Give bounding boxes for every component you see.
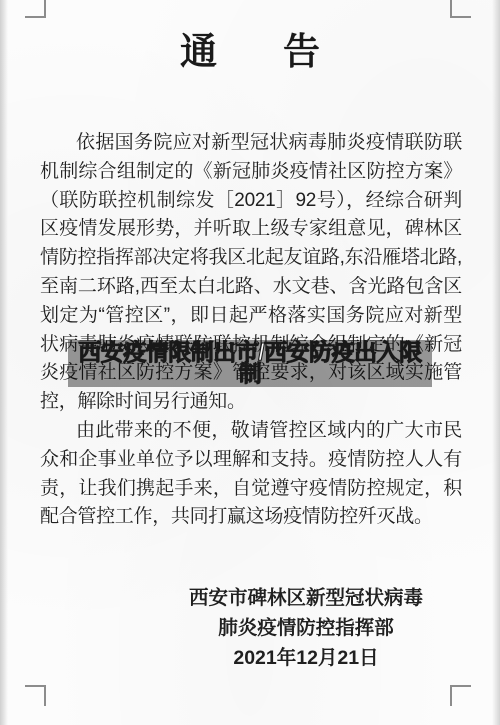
body-line: 控，解除时间另行通知。 bbox=[40, 388, 462, 417]
body-line: 依据国务院应对新型冠状病毒肺炎疫情联防联控 bbox=[40, 129, 462, 158]
crop-mark-bottom-left bbox=[25, 685, 46, 706]
body-line: 划定为“管控区”，即日起严格落实国务院应对新型冠 bbox=[40, 302, 462, 331]
watermark-line-2: 制 bbox=[68, 363, 432, 384]
signature-block: 西安市碑林区新型冠状病毒 肺炎疫情防控指挥部 2021年12月21日 bbox=[150, 583, 462, 673]
signature-org-line-2: 肺炎疫情防控指挥部 bbox=[150, 613, 462, 643]
body-line: 众和企事业单位予以理解和支持。疫情防控人人有 bbox=[40, 446, 462, 475]
notice-photo: 通 告 依据国务院应对新型冠状病毒肺炎疫情联防联控机制综合组制定的《新冠肺炎疫情… bbox=[0, 0, 500, 725]
body-line: 区疫情发展形势，并听取上级专家组意见，碑林区疫 bbox=[40, 215, 462, 244]
body-line: （联防联控机制综发［2021］92号），经综合研判我 bbox=[40, 187, 462, 216]
notice-title: 通 告 bbox=[0, 32, 500, 72]
notice-body: 依据国务院应对新型冠状病毒肺炎疫情联防联控机制综合组制定的《新冠肺炎疫情社区防控… bbox=[40, 129, 462, 532]
signature-org-line-1: 西安市碑林区新型冠状病毒 bbox=[150, 583, 462, 613]
crop-mark-top-right bbox=[450, 0, 471, 18]
body-line: 配合管控工作，共同打赢这场疫情防控歼灭战。 bbox=[40, 503, 462, 532]
photo-edge-right bbox=[492, 0, 500, 725]
crop-mark-bottom-right bbox=[450, 685, 471, 706]
watermark-overlay: 西安疫情限制出市/西安防疫出入限 制 bbox=[68, 340, 432, 387]
photo-edge-left bbox=[0, 0, 8, 725]
crop-mark-top-left bbox=[25, 0, 46, 18]
notice-title-char: 告 bbox=[283, 32, 320, 72]
notice-title-char: 通 bbox=[180, 32, 217, 72]
body-line: 情防控指挥部决定将我区北起友谊路,东沿雁塔北路,南 bbox=[40, 244, 462, 273]
body-line: 责，让我们携起手来，自觉遵守疫情防控规定，积极 bbox=[40, 475, 462, 504]
signature-date: 2021年12月21日 bbox=[150, 643, 462, 673]
body-line: 机制综合组制定的《新冠肺炎疫情社区防控方案》 bbox=[40, 158, 462, 187]
body-line: 由此带来的不便，敬请管控区域内的广大市民群 bbox=[40, 417, 462, 446]
body-line: 至南二环路,西至太白北路、水文巷、含光路包含区域 bbox=[40, 273, 462, 302]
